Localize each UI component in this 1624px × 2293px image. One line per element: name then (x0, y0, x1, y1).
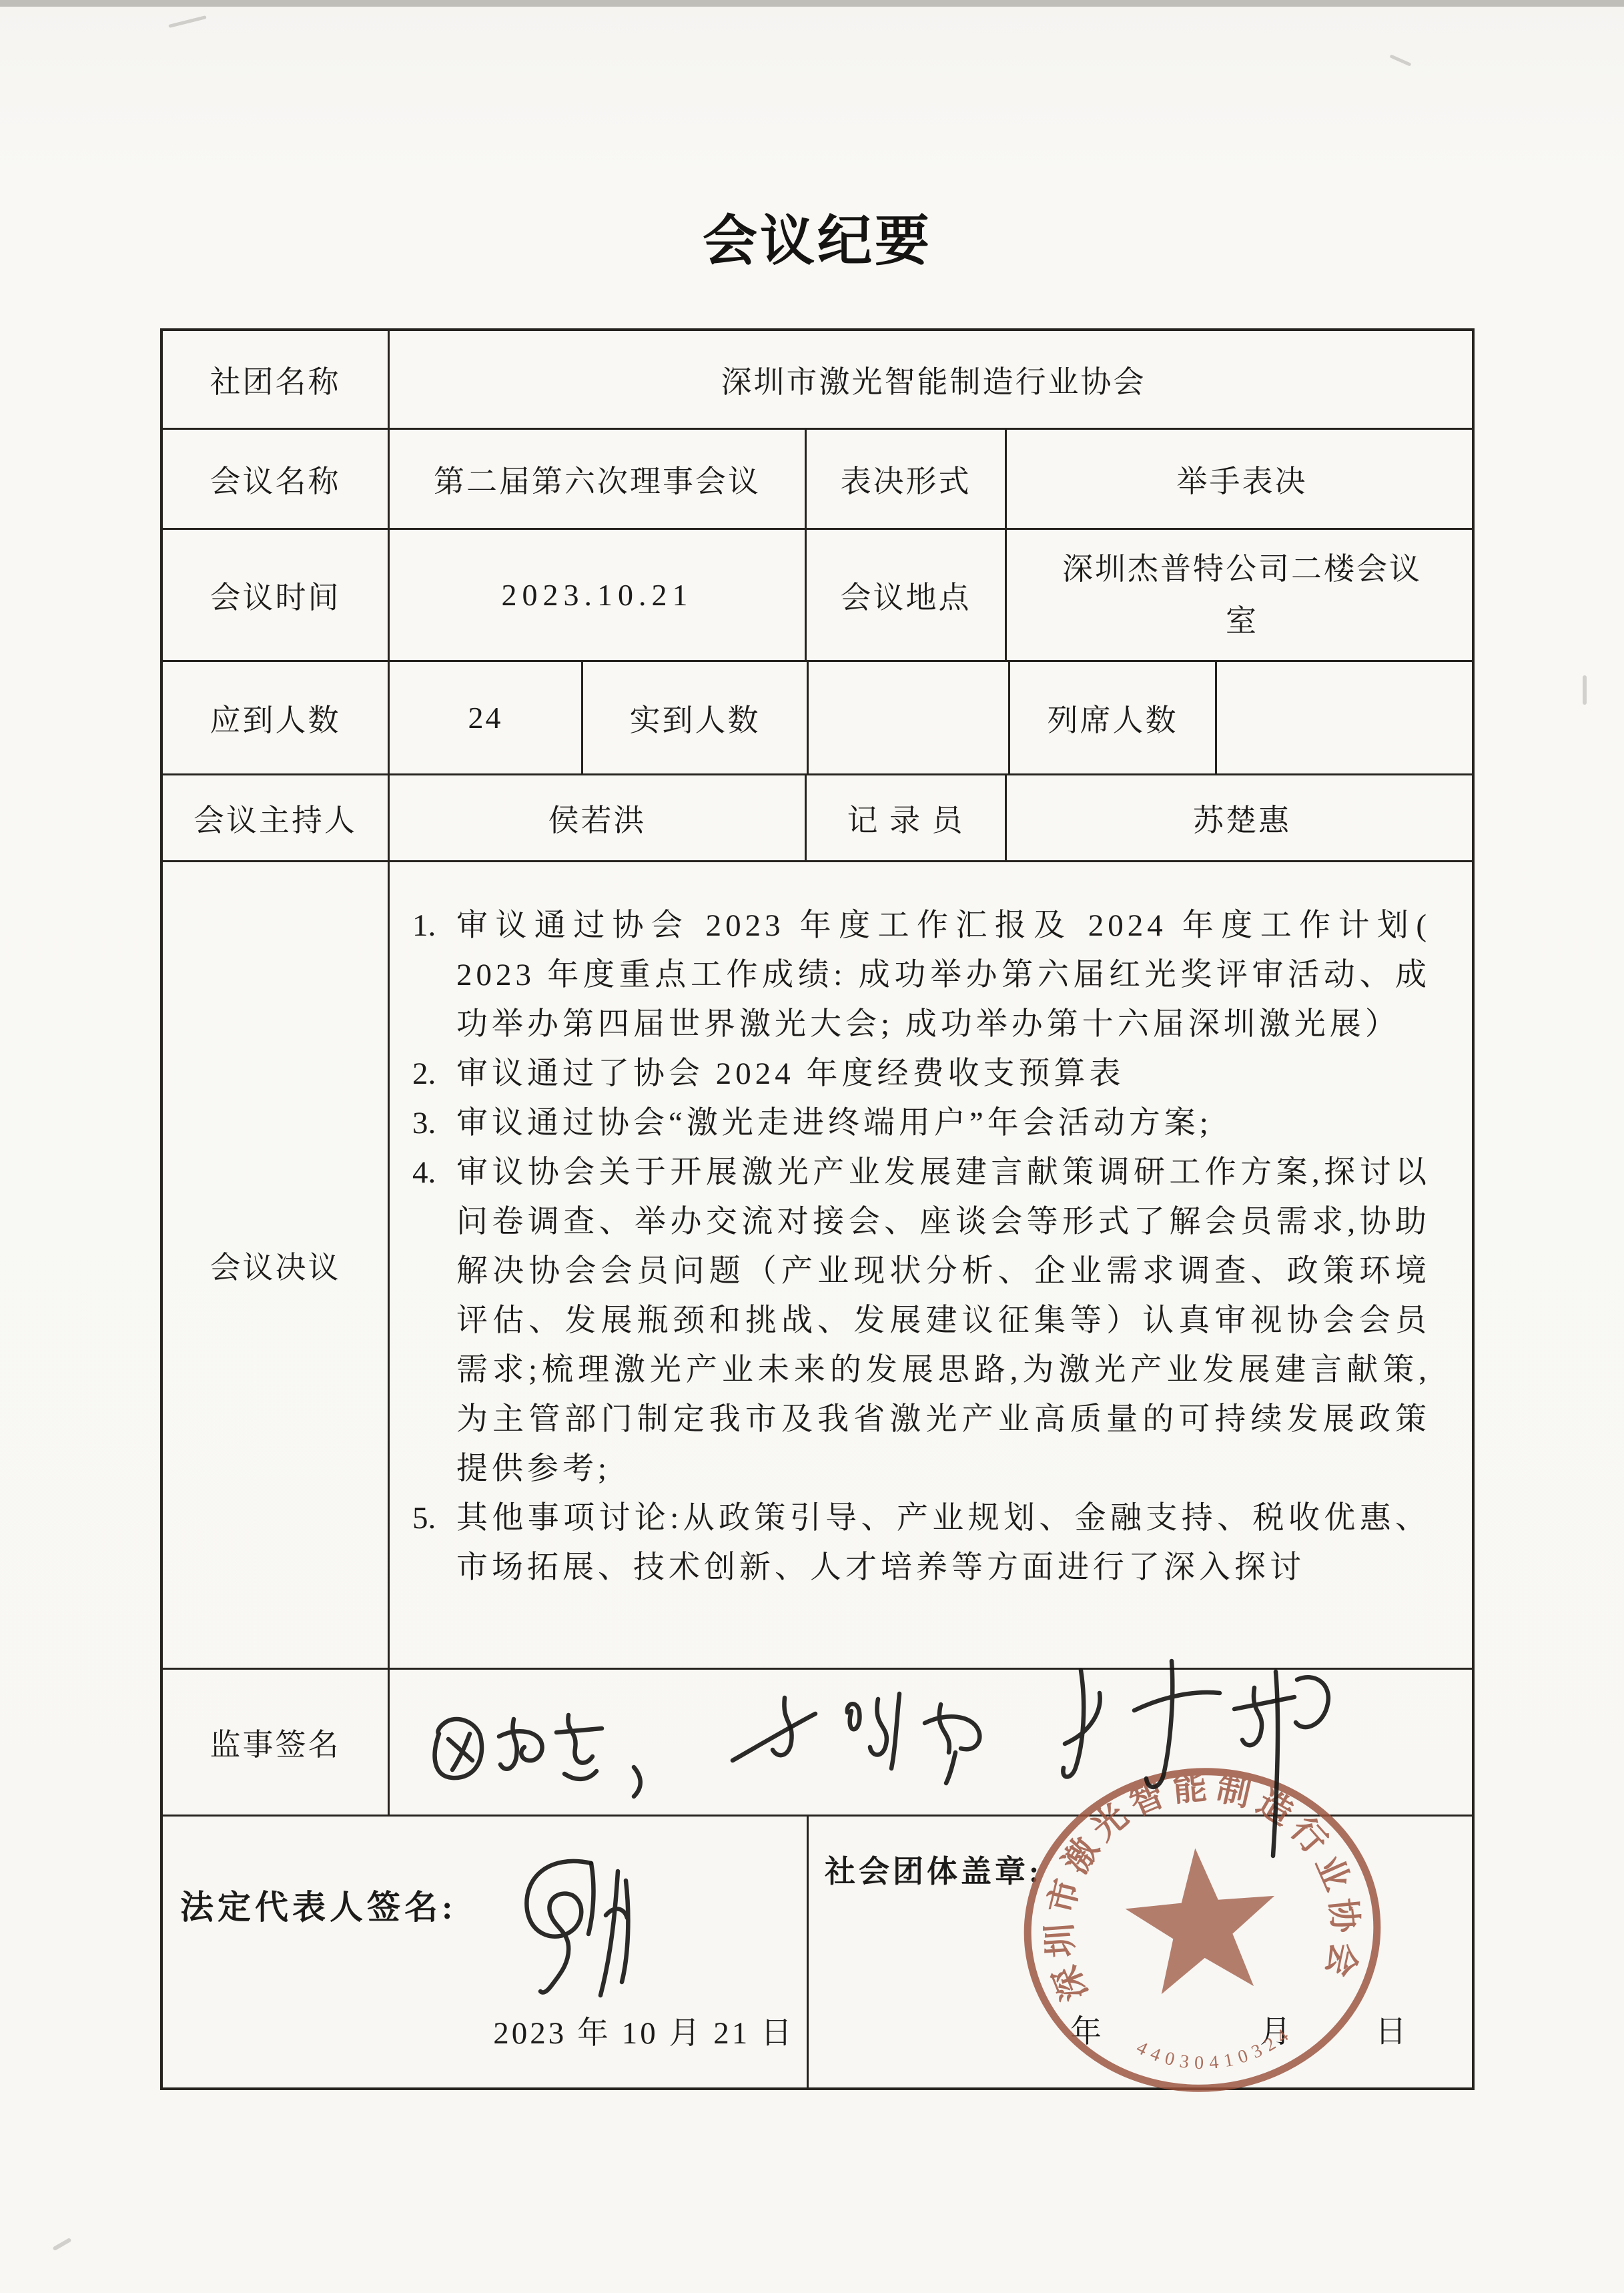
meeting-place-label: 会议地点 (807, 530, 1007, 660)
svg-text:4: 4 (1133, 2037, 1151, 2060)
resolution-item: 1. 审议通过协会 2023 年度工作汇报及 2024 年度工作计划( 2023… (412, 901, 1431, 1049)
scanned-meeting-minutes-page: 会议纪要 社团名称 深圳市激光智能制造行业协会 会议名称 第二届第六次理事会议 … (0, 0, 1624, 2293)
legal-representative-label: 法定代表人签名: (180, 1881, 457, 1929)
resolution-number: 4. (412, 1148, 456, 1494)
svg-text:市: 市 (1042, 1875, 1087, 1917)
legal-representative-cell: 法定代表人签名: 2023 年 10 月 21 日 (163, 1817, 809, 2087)
supervisor-signature-1 (414, 1695, 694, 1809)
resolution-number: 2. (412, 1049, 456, 1098)
svg-text:3: 3 (1248, 2040, 1265, 2063)
svg-text:协: 协 (1322, 1897, 1364, 1936)
recorder-label: 记 录 员 (807, 775, 1007, 860)
resolution-text: 其他事项讨论:从政策引导、产业规划、金融支持、税收优惠、市场拓展、技术创新、人才… (456, 1494, 1431, 1592)
svg-text:4: 4 (1148, 2043, 1164, 2066)
svg-text:4: 4 (1272, 2025, 1292, 2047)
resolution-item: 5. 其他事项讨论:从政策引导、产业规划、金融支持、税收优惠、市场拓展、技术创新… (412, 1494, 1431, 1592)
meeting-time-label: 会议时间 (163, 530, 390, 660)
meeting-place-text: 深圳杰普特公司二楼会议室 (1053, 543, 1432, 647)
page-title: 会议纪要 (160, 198, 1475, 276)
supervisor-signature-3 (1041, 1632, 1401, 1872)
resolution-item: 2. 审议通过了协会 2024 年度经费收支预算表 (412, 1049, 1431, 1098)
org-name-value: 深圳市激光智能制造行业协会 (390, 331, 1477, 428)
actual-count-value (809, 662, 1010, 773)
org-name-label: 社团名称 (163, 331, 390, 428)
resolution-text: 审议通过了协会 2024 年度经费收支预算表 (456, 1049, 1431, 1098)
resolution-number: 1. (412, 901, 456, 1049)
scan-artifact (53, 2238, 72, 2251)
scan-artifact (1389, 54, 1411, 66)
expected-count-value: 24 (390, 662, 583, 773)
table-row-org: 社团名称 深圳市激光智能制造行业协会 (163, 331, 1472, 430)
resolution-number: 5. (412, 1494, 456, 1592)
observer-count-value (1217, 662, 1477, 773)
svg-text:深: 深 (1048, 1960, 1095, 2005)
resolution-item: 4. 审议协会关于开展激光产业发展建言献策调研工作方案,探讨以问卷调查、举办交流… (412, 1148, 1431, 1494)
resolutions-content: 1. 审议通过协会 2023 年度工作汇报及 2024 年度工作计划( 2023… (390, 862, 1477, 1668)
meeting-name-label: 会议名称 (163, 430, 390, 528)
expected-count-label: 应到人数 (163, 662, 390, 773)
resolutions-list: 1. 审议通过协会 2023 年度工作汇报及 2024 年度工作计划( 2023… (390, 862, 1477, 1592)
scan-artifact (168, 15, 206, 28)
vote-form-value: 举手表决 (1007, 430, 1477, 528)
meeting-name-value: 第二届第六次理事会议 (390, 430, 807, 528)
actual-count-label: 实到人数 (583, 662, 809, 773)
meeting-place-value: 深圳杰普特公司二楼会议室 (1007, 530, 1477, 660)
svg-text:0: 0 (1162, 2048, 1176, 2070)
table-row-attendance: 应到人数 24 实到人数 列席人数 (163, 662, 1472, 775)
resolution-number: 3. (412, 1098, 456, 1148)
host-value: 侯若洪 (390, 775, 807, 860)
svg-text:0: 0 (1194, 2053, 1204, 2073)
resolution-text: 审议通过协会 2023 年度工作汇报及 2024 年度工作计划( 2023 年度… (456, 901, 1431, 1049)
resolutions-label: 会议决议 (163, 862, 390, 1668)
svg-text:3: 3 (1178, 2051, 1190, 2073)
organization-seal-label: 社会团体盖章: (825, 1847, 1042, 1891)
svg-text:1: 1 (1222, 2049, 1236, 2071)
supervisor-signature-2 (721, 1675, 1014, 1802)
host-label: 会议主持人 (163, 775, 390, 860)
legal-representative-signature (487, 1849, 641, 2029)
recorder-value: 苏楚惠 (1007, 775, 1477, 860)
table-row-time-place: 会议时间 2023.10.21 会议地点 深圳杰普特公司二楼会议室 (163, 530, 1472, 662)
table-row-resolutions: 会议决议 1. 审议通过协会 2023 年度工作汇报及 2024 年度工作计划(… (163, 862, 1472, 1670)
svg-text:0: 0 (1236, 2045, 1251, 2068)
scan-artifact (1583, 675, 1587, 705)
resolution-text: 审议协会关于开展激光产业发展建言献策调研工作方案,探讨以问卷调查、举办交流对接会… (456, 1148, 1431, 1494)
svg-text:会: 会 (1319, 1939, 1363, 1980)
vote-form-label: 表决形式 (807, 430, 1007, 528)
svg-text:圳: 圳 (1042, 1922, 1082, 1959)
scanner-edge-artifact (0, 0, 1624, 7)
resolution-item: 3. 审议通过协会“激光走进终端用户”年会活动方案; (412, 1098, 1431, 1148)
table-row-meeting: 会议名称 第二届第六次理事会议 表决形式 举手表决 (163, 430, 1472, 530)
table-row-host: 会议主持人 侯若洪 记 录 员 苏楚惠 (163, 775, 1472, 862)
observer-count-label: 列席人数 (1010, 662, 1217, 773)
resolution-text: 审议通过协会“激光走进终端用户”年会活动方案; (456, 1098, 1431, 1148)
supervisor-signature-label: 监事签名 (163, 1670, 390, 1815)
svg-text:4: 4 (1208, 2052, 1220, 2073)
meeting-time-value: 2023.10.21 (390, 530, 807, 660)
